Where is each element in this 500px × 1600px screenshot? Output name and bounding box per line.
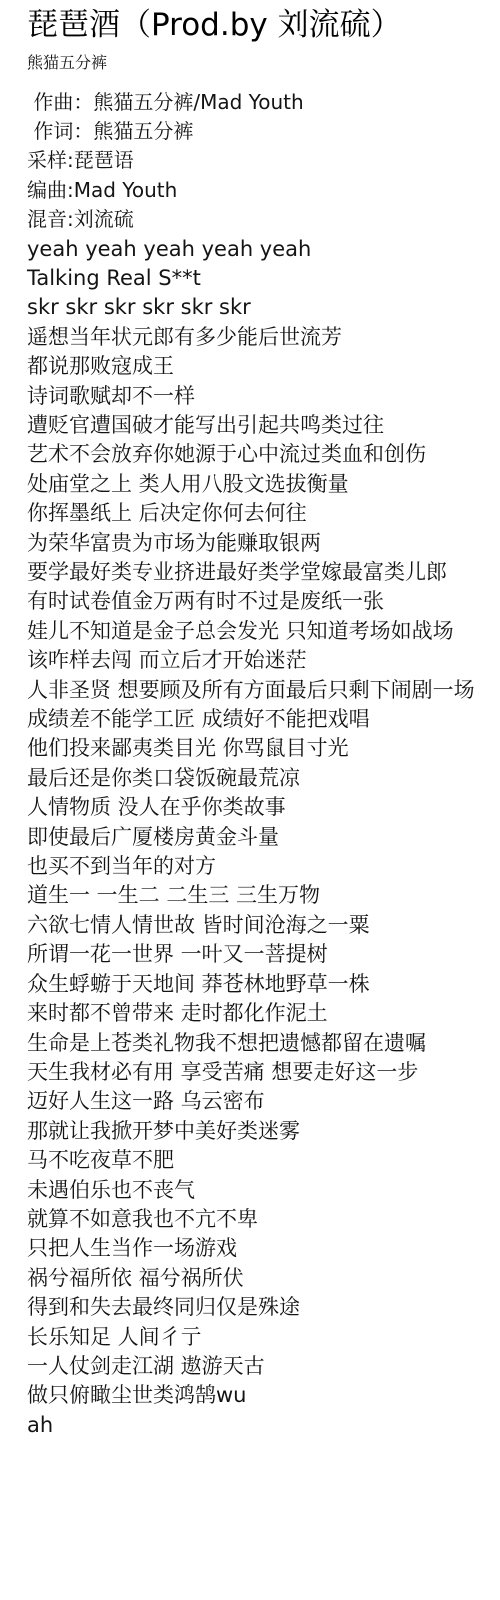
lyric-line: 迈好人生这一路 乌云密布 bbox=[27, 1087, 490, 1116]
lyric-line: 得到和失去最终同归仅是殊途 bbox=[27, 1293, 490, 1322]
lyric-line: 来时都不曾带来 走时都化作泥土 bbox=[27, 999, 490, 1028]
lyric-line: 那就让我掀开梦中美好类迷雾 bbox=[27, 1117, 490, 1146]
lyric-line: 要学最好类专业挤进最好类学堂嫁最富类儿郎 bbox=[27, 558, 490, 587]
lyric-line: 诗词歌赋却不一样 bbox=[27, 382, 490, 411]
lyric-line: 生命是上苍类礼物我不想把遗憾都留在遗嘱 bbox=[27, 1029, 490, 1058]
song-credits: 作曲：熊猫五分裤/Mad Youth 作词：熊猫五分裤采样:琵琶语编曲:Mad … bbox=[27, 88, 490, 235]
lyric-line: 人情物质 没人在乎你类故事 bbox=[27, 793, 490, 822]
lyric-line: 只把人生当作一场游戏 bbox=[27, 1234, 490, 1263]
lyric-line: 遥想当年状元郎有多少能后世流芳 bbox=[27, 323, 490, 352]
lyrics-body: yeah yeah yeah yeah yeahTalking Real S**… bbox=[27, 235, 490, 1441]
credit-line: 编曲:Mad Youth bbox=[27, 176, 490, 205]
credit-line: 采样:琵琶语 bbox=[27, 146, 490, 175]
credit-line: 作曲：熊猫五分裤/Mad Youth bbox=[27, 88, 490, 117]
lyric-line: 天生我材必有用 享受苦痛 想要走好这一步 bbox=[27, 1058, 490, 1087]
lyric-line: yeah yeah yeah yeah yeah bbox=[27, 235, 490, 264]
lyric-line: 道生一 一生二 二生三 三生万物 bbox=[27, 881, 490, 910]
lyric-line: 你挥墨纸上 后决定你何去何往 bbox=[27, 499, 490, 528]
lyric-line: 人非圣贤 想要顾及所有方面最后只剩下闹剧一场 bbox=[27, 676, 490, 705]
lyric-line: 做只俯瞰尘世类鸿鹄wu bbox=[27, 1381, 490, 1410]
lyric-line: 也买不到当年的对方 bbox=[27, 852, 490, 881]
credit-line: 混音:刘流硫 bbox=[27, 205, 490, 234]
lyric-line: 就算不如意我也不亢不卑 bbox=[27, 1205, 490, 1234]
lyric-line: 有时试卷值金万两有时不过是废纸一张 bbox=[27, 587, 490, 616]
lyric-line: 众生蜉蝣于天地间 莽苍林地野草一株 bbox=[27, 970, 490, 999]
lyric-line: 所谓一花一世界 一叶又一菩提树 bbox=[27, 940, 490, 969]
lyric-line: 成绩差不能学工匠 成绩好不能把戏唱 bbox=[27, 705, 490, 734]
lyric-line: 他们投来鄙夷类目光 你骂鼠目寸光 bbox=[27, 734, 490, 763]
artist-name: 熊猫五分裤 bbox=[27, 52, 490, 74]
lyrics-page: 琵琶酒（Prod.by 刘流硫） 熊猫五分裤 作曲：熊猫五分裤/Mad Yout… bbox=[0, 0, 500, 1440]
lyric-line: 处庙堂之上 类人用八股文选拔衡量 bbox=[27, 470, 490, 499]
lyric-line: Talking Real S**t bbox=[27, 264, 490, 293]
lyric-line: 都说那败寇成王 bbox=[27, 352, 490, 381]
lyric-line: 未遇伯乐也不丧气 bbox=[27, 1176, 490, 1205]
lyric-line: 即使最后广厦楼房黄金斗量 bbox=[27, 823, 490, 852]
lyric-line: 马不吃夜草不肥 bbox=[27, 1146, 490, 1175]
lyric-line: 为荣华富贵为市场为能赚取银两 bbox=[27, 529, 490, 558]
lyric-line: 遭贬官遭国破才能写出引起共鸣类过往 bbox=[27, 411, 490, 440]
lyric-line: 一人仗剑走江湖 遨游天古 bbox=[27, 1352, 490, 1381]
lyric-line: 该咋样去闯 而立后才开始迷茫 bbox=[27, 646, 490, 675]
lyric-line: 最后还是你类口袋饭碗最荒凉 bbox=[27, 764, 490, 793]
credit-line: 作词：熊猫五分裤 bbox=[27, 117, 490, 146]
lyric-line: 祸兮福所依 福兮祸所伏 bbox=[27, 1264, 490, 1293]
lyric-line: 六欲七情人情世故 皆时间沧海之一粟 bbox=[27, 911, 490, 940]
lyric-line: 长乐知足 人间彳亍 bbox=[27, 1323, 490, 1352]
lyric-line: ah bbox=[27, 1411, 490, 1440]
lyric-line: 娃儿不知道是金子总会发光 只知道考场如战场 bbox=[27, 617, 490, 646]
song-title: 琵琶酒（Prod.by 刘流硫） bbox=[27, 5, 490, 46]
lyric-line: skr skr skr skr skr skr bbox=[27, 293, 490, 322]
lyric-line: 艺术不会放弃你她源于心中流过类血和创伤 bbox=[27, 440, 490, 469]
